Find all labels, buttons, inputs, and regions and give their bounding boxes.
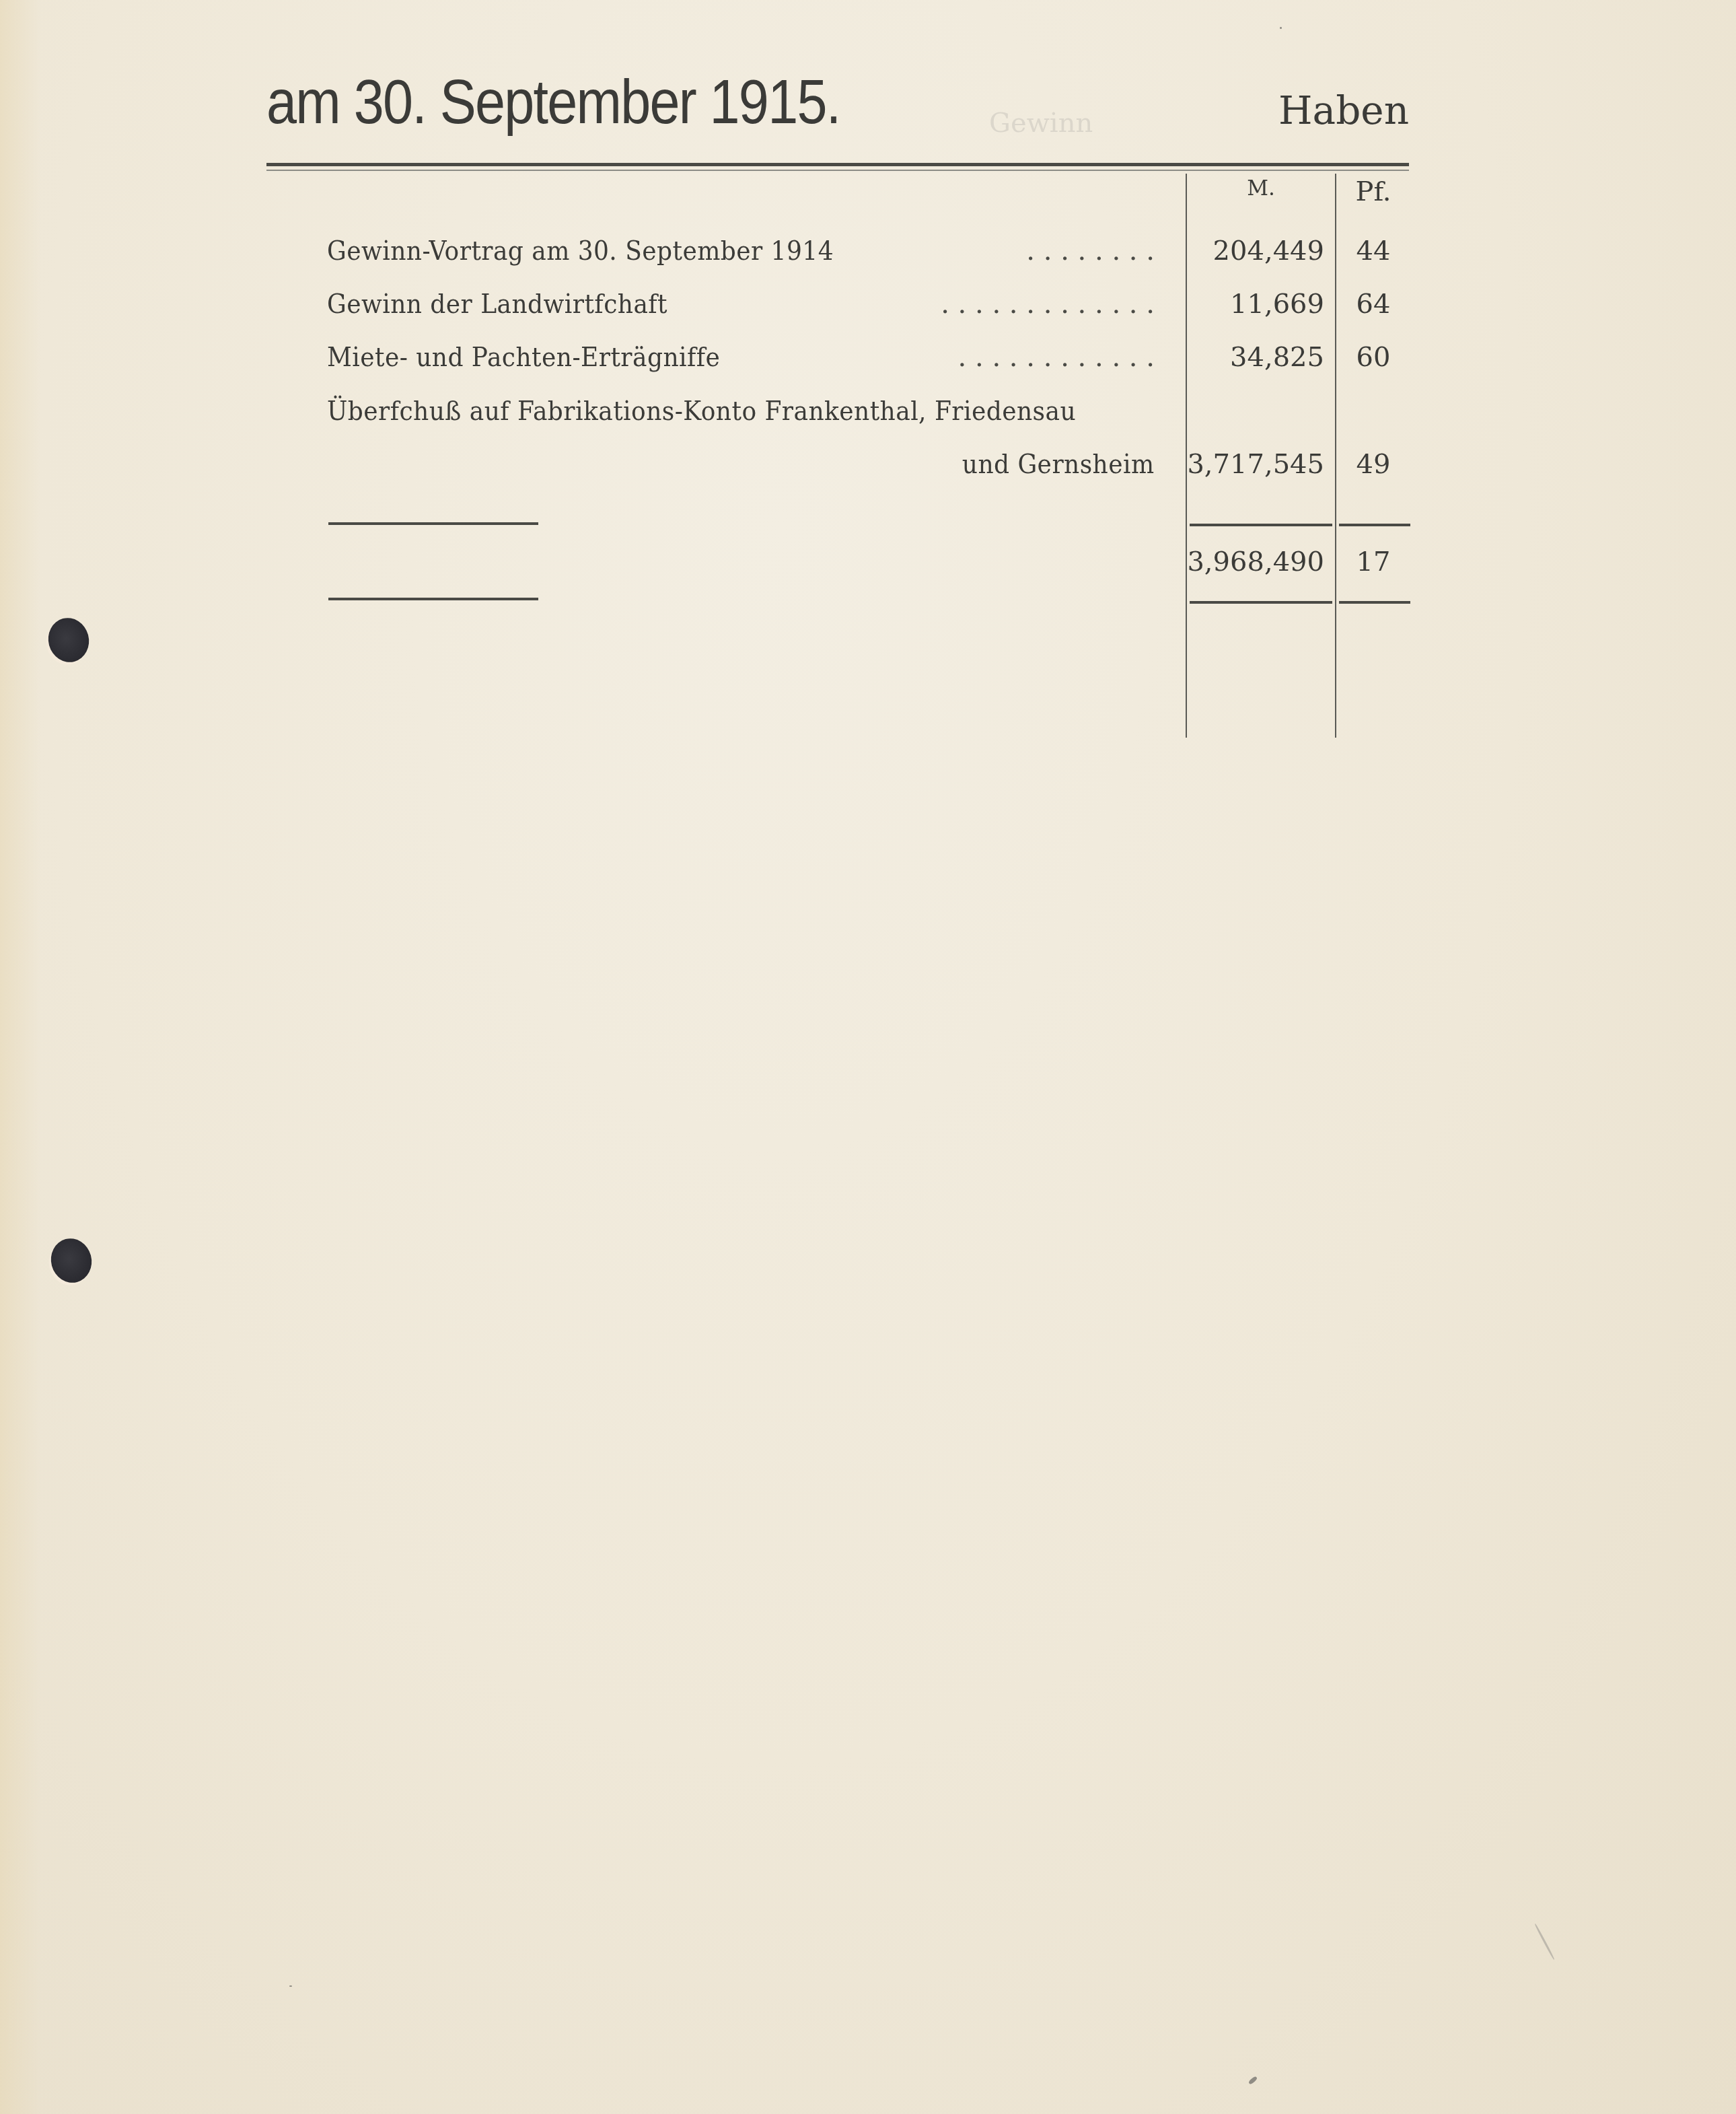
row-marks: 11,669 — [1187, 289, 1324, 320]
table-row-label: Miete- und Pachten-Erträgniffe . . . . .… — [327, 342, 1155, 373]
left-rule-upper — [328, 522, 538, 525]
pfennig-sum-rule-lower — [1339, 601, 1410, 604]
haben-label: Haben — [1278, 87, 1409, 133]
pfennig-sum-rule-upper — [1339, 524, 1410, 526]
paper-speck — [1280, 27, 1282, 29]
row-pfennig: 64 — [1336, 289, 1410, 320]
total-pfennig: 17 — [1336, 547, 1410, 577]
row-text: Miete- und Pachten-Erträgniffe — [327, 342, 720, 373]
row-pfennig: 49 — [1336, 449, 1410, 480]
column-header-marks: M. — [1187, 176, 1335, 201]
paper-speck — [289, 1985, 292, 1987]
row-text: und Gernsheim — [962, 449, 1155, 480]
left-rule-lower — [328, 598, 538, 600]
row-text: Gewinn der Landwirtfchaft — [327, 289, 667, 320]
table-row-label: und Gernsheim — [327, 449, 1155, 480]
show-through-text: Gewinn — [989, 108, 1093, 139]
row-pfennig: 44 — [1336, 236, 1410, 267]
row-text: Gewinn-Vortrag am 30. September 1914 — [327, 236, 834, 267]
row-marks: 34,825 — [1187, 342, 1324, 373]
total-marks: 3,968,490 — [1187, 547, 1324, 577]
punch-hole-upper — [43, 613, 94, 666]
row-pfennig: 60 — [1336, 342, 1410, 373]
dot-leader: . . . . . . . . . . . . — [764, 342, 1155, 373]
table-row-label: Gewinn der Landwirtfchaft . . . . . . . … — [327, 289, 1155, 320]
table-row-label: Gewinn-Vortrag am 30. September 1914 . .… — [327, 236, 1155, 267]
dot-leader: . . . . . . . . . . . . . — [705, 289, 1155, 320]
row-marks: 204,449 — [1187, 236, 1324, 267]
row-marks: 3,717,545 — [1187, 449, 1324, 480]
page-title: am 30. September 1915. — [266, 67, 840, 138]
marks-sum-rule-lower — [1190, 601, 1332, 604]
header-rule-thin — [266, 170, 1409, 171]
marks-sum-rule-upper — [1190, 524, 1332, 526]
paper-scratch — [1534, 1924, 1555, 1960]
table-row-label: Überfchuß auf Fabrikations-Konto Franken… — [327, 396, 1155, 427]
paper-mark — [1248, 2076, 1258, 2085]
punch-hole-lower — [46, 1234, 96, 1287]
header-rule-thick — [266, 163, 1409, 166]
dot-leader: . . . . . . . . — [890, 236, 1155, 267]
column-header-pfennig: Pf. — [1336, 176, 1410, 207]
row-text: Überfchuß auf Fabrikations-Konto Franken… — [327, 396, 1076, 427]
